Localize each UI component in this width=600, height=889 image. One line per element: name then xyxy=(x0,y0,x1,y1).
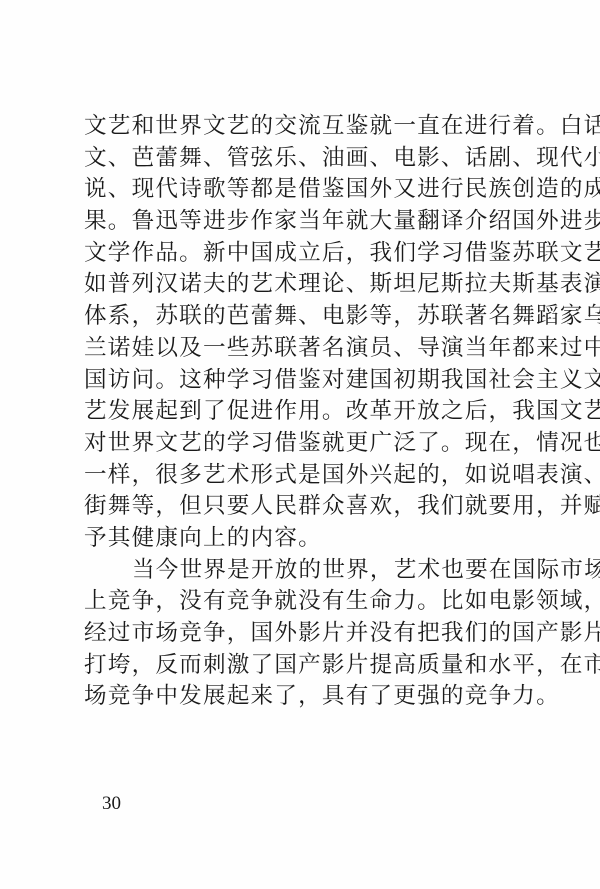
text-line: 文学作品。新中国成立后，我们学习借鉴苏联文艺， xyxy=(84,238,522,270)
text-line: 上竞争，没有竞争就没有生命力。比如电影领域， xyxy=(84,586,522,618)
text-line: 文艺和世界文艺的交流互鉴就一直在进行着。白话 xyxy=(84,111,522,143)
book-page: 文艺和世界文艺的交流互鉴就一直在进行着。白话 文、芭蕾舞、管弦乐、油画、电影、话… xyxy=(0,0,600,889)
text-line: 如普列汉诺夫的艺术理论、斯坦尼斯拉夫斯基表演 xyxy=(84,269,522,301)
text-line: 打垮，反而刺激了国产影片提高质量和水平，在市 xyxy=(84,650,522,682)
text-line: 果。鲁迅等进步作家当年就大量翻译介绍国外进步 xyxy=(84,206,522,238)
body-text: 文艺和世界文艺的交流互鉴就一直在进行着。白话 文、芭蕾舞、管弦乐、油画、电影、话… xyxy=(84,111,524,713)
text-line: 文、芭蕾舞、管弦乐、油画、电影、话剧、现代小 xyxy=(84,143,522,175)
text-line: 体系，苏联的芭蕾舞、电影等，苏联著名舞蹈家乌 xyxy=(84,301,522,333)
paragraph-2: 当今世界是开放的世界，艺术也要在国际市场 上竞争，没有竞争就没有生命力。比如电影… xyxy=(84,555,524,713)
text-line: 说、现代诗歌等都是借鉴国外又进行民族创造的成 xyxy=(84,174,522,206)
text-line: 街舞等，但只要人民群众喜欢，我们就要用，并赋 xyxy=(84,491,522,523)
paragraph-1: 文艺和世界文艺的交流互鉴就一直在进行着。白话 文、芭蕾舞、管弦乐、油画、电影、话… xyxy=(84,111,524,555)
text-line: 当今世界是开放的世界，艺术也要在国际市场 xyxy=(84,555,522,587)
text-line: 场竞争中发展起来了，具有了更强的竞争力。 xyxy=(84,681,522,713)
text-line: 国访问。这种学习借鉴对建国初期我国社会主义文 xyxy=(84,365,522,397)
text-line: 予其健康向上的内容。 xyxy=(84,523,522,555)
text-line: 兰诺娃以及一些苏联著名演员、导演当年都来过中 xyxy=(84,333,522,365)
page-number: 30 xyxy=(102,793,121,815)
text-line: 一样，很多艺术形式是国外兴起的，如说唱表演、 xyxy=(84,460,522,492)
text-line: 经过市场竞争，国外影片并没有把我们的国产影片 xyxy=(84,618,522,650)
text-line: 艺发展起到了促进作用。改革开放之后，我国文艺 xyxy=(84,396,522,428)
text-line: 对世界文艺的学习借鉴就更广泛了。现在，情况也 xyxy=(84,428,522,460)
